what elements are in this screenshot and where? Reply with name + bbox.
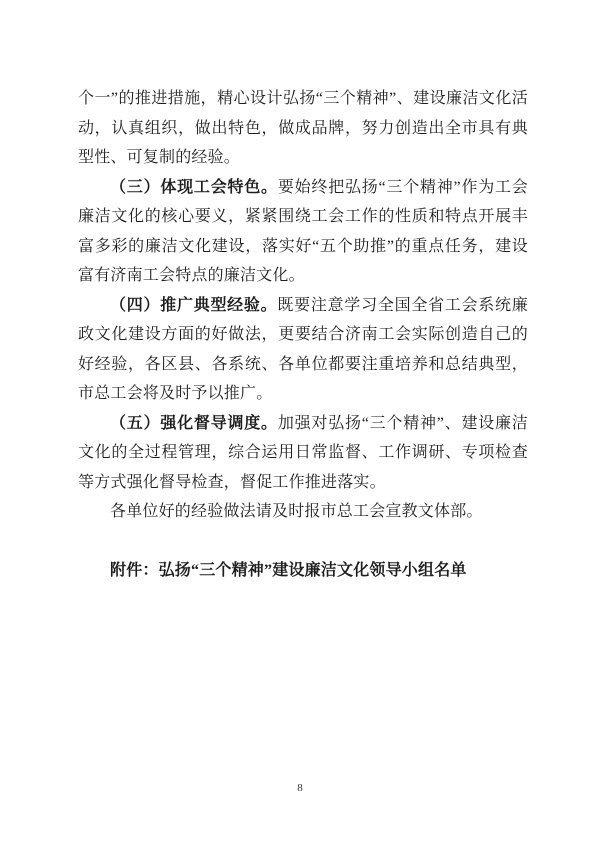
paragraph: （四）推广典型经验。既要注意学习全国全省工会系统廉政文化建设方面的好做法，更要结… (78, 291, 528, 409)
paragraph: （三）体现工会特色。要始终把弘扬“三个精神”作为工会廉洁文化的核心要义，紧紧围绕… (78, 173, 528, 291)
paragraph-text: 个一”的推进措施，精心设计弘扬“三个精神”、建设廉洁文化活动，认真组织，做出特色… (78, 90, 528, 166)
attachment-line: 附件：弘扬“三个精神”建设廉洁文化领导小组名单 (78, 556, 528, 586)
attachment-label: 附件： (110, 562, 159, 579)
section-heading: （三）体现工会特色。 (110, 179, 278, 196)
paragraph-text: 各单位好的经验做法请及时报市总工会宣教文体部。 (110, 503, 483, 520)
page-number: 8 (0, 781, 600, 795)
paragraph: （五）强化督导调度。加强对弘扬“三个精神”、建设廉洁文化的全过程管理，综合运用日… (78, 409, 528, 498)
attachment-title: 弘扬“三个精神”建设廉洁文化领导小组名单 (159, 562, 467, 579)
document-page: 个一”的推进措施，精心设计弘扬“三个精神”、建设廉洁文化活动，认真组织，做出特色… (0, 0, 600, 848)
document-body: 个一”的推进措施，精心设计弘扬“三个精神”、建设廉洁文化活动，认真组织，做出特色… (78, 84, 528, 527)
paragraph: 各单位好的经验做法请及时报市总工会宣教文体部。 (78, 497, 528, 527)
section-heading: （五）强化督导调度。 (110, 415, 278, 432)
section-heading: （四）推广典型经验。 (110, 297, 277, 314)
paragraph: 个一”的推进措施，精心设计弘扬“三个精神”、建设廉洁文化活动，认真组织，做出特色… (78, 84, 528, 173)
